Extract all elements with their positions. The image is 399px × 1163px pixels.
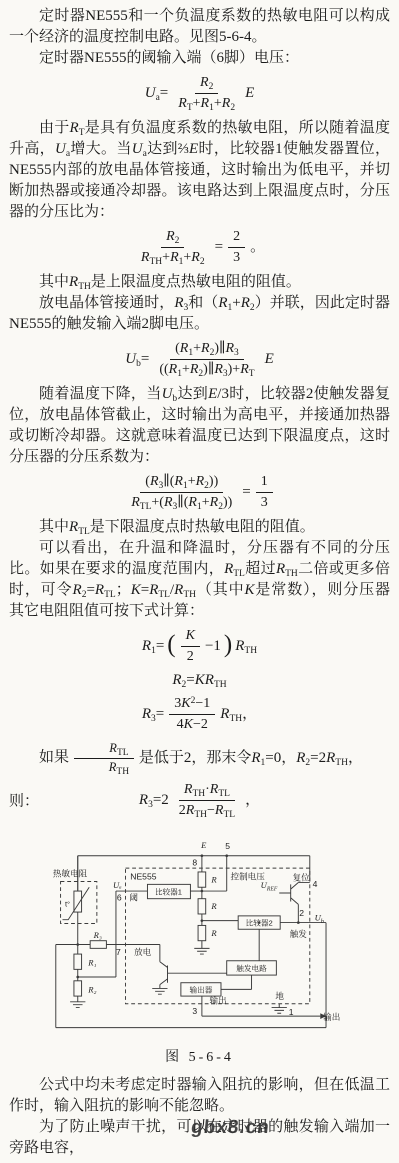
fraction-denominator: RTL+(R3∥(R1+R2)) xyxy=(126,493,237,512)
right-paren: ) xyxy=(224,634,232,657)
internal-resistor xyxy=(198,899,206,914)
trigger-to-output-wire xyxy=(221,975,252,989)
fraction-denominator: RT+R1+R2 xyxy=(173,94,240,113)
formula-lhs: R3=2 xyxy=(139,791,169,809)
formula-mid: −1 xyxy=(205,637,221,655)
r2-label: R₂ xyxy=(87,985,96,995)
internal-resistor-label: R xyxy=(210,928,217,938)
output-right-label: 输出 xyxy=(323,1011,340,1022)
formula-ua: Ua= R2 RT+R1+R2 E xyxy=(9,74,390,112)
formula-r1: R1= ( K 2 −1 ) RTH xyxy=(9,627,390,665)
inline-fraction: RTLRTH xyxy=(74,741,134,775)
fraction-numerator: K xyxy=(181,627,200,647)
fraction-numerator: 1 xyxy=(256,473,273,493)
pin8-label: 8 xyxy=(192,858,197,868)
formula-text: R2=KRTH xyxy=(172,671,226,689)
formula-lhs: Ub= xyxy=(125,350,149,368)
formula-lhs: R3= xyxy=(142,705,164,723)
paragraph-threshold-intro: 定时器NE555的阈输入端（6脚）电压： xyxy=(9,48,390,69)
divider-ground xyxy=(194,941,209,954)
equals-sign: = xyxy=(242,483,250,501)
formula-suffix: RTH xyxy=(235,637,257,655)
thermistor-label: 热敏电阻 xyxy=(53,868,88,879)
fraction: 2 3 xyxy=(228,228,245,266)
junction-dot xyxy=(258,921,261,924)
fraction: RTH·RTL 2RTH−RTL xyxy=(174,781,240,819)
ne555-label: NE555 xyxy=(130,872,156,882)
fraction-numerator: R2 xyxy=(195,74,218,94)
paragraph-impedance: 公式中均未考虑定时器输入阻抗的影响，但在低温工作时，输入阻抗的影响不能忽略。 xyxy=(9,1075,390,1117)
fraction: R2 RT+R1+R2 xyxy=(173,74,240,112)
text-segment: 是低于2，那末令R1=0，R2=2RTH， xyxy=(139,750,363,766)
fraction-denominator: 2RTH−RTL xyxy=(174,801,240,820)
junction-dot xyxy=(225,855,228,858)
formula-lhs: Ua= xyxy=(145,84,169,102)
formula-r3: R3= 3K2−1 4K−2 RTH， xyxy=(9,695,390,733)
fraction: K 2 xyxy=(181,627,200,665)
fraction-denominator: RTH+R1+R2 xyxy=(136,248,210,267)
junction-dot xyxy=(201,890,204,893)
reset-label: 复位 xyxy=(293,872,311,883)
output-pin-label: 输出 xyxy=(210,995,227,1006)
comparator1-label: 比较器1 xyxy=(155,887,182,897)
reset-transistor xyxy=(279,883,310,923)
pin1-label: 1 xyxy=(289,1007,294,1017)
r1-label: R₁ xyxy=(87,958,96,968)
fraction-numerator: RTH·RTL xyxy=(179,781,235,801)
junction-dot xyxy=(76,976,79,979)
formula-lhs: R1= xyxy=(142,637,164,655)
figure-caption: 图 5-6-4 xyxy=(9,1046,390,1066)
pin1-ground xyxy=(272,1004,287,1014)
fraction-numerator: 2 xyxy=(228,228,245,248)
supply-label: E xyxy=(200,840,207,850)
formula-r3-alt: R3=2 RTH·RTL 2RTH−RTL ， xyxy=(9,781,390,819)
formula-suffix: E xyxy=(265,350,274,368)
r3-label: R₃ xyxy=(93,930,102,940)
text-segment: 如果 xyxy=(39,750,69,766)
threshold-label: 阈 xyxy=(129,892,138,903)
resistor-r3 xyxy=(90,941,106,949)
internal-resistor-label: R xyxy=(210,875,217,885)
formula-lower-ratio: (R3∥(R1+R2)) RTL+(R3∥(R1+R2)) = 1 3 xyxy=(9,473,390,511)
formula-r2: R2=KRTH xyxy=(9,671,390,689)
pin7-label: 7 xyxy=(116,947,121,957)
circuit-figure: 热敏电阻 t° R₃ R₁ R₂ NE555 E 5 8 控制电压 R xyxy=(9,827,390,1042)
fraction-denominator: RTH xyxy=(74,759,134,776)
ua-label: Uₐ xyxy=(113,880,122,890)
paragraph-low-ratio: 如果 RTLRTH 是低于2，那末令R1=0，R2=2RTH， xyxy=(9,741,390,775)
fraction-denominator: ((R1+R2)∥R3)+RT xyxy=(154,360,259,379)
fraction-denominator: 3 xyxy=(256,493,273,512)
pin2-label: 2 xyxy=(299,908,304,918)
pin5-label: 5 xyxy=(225,841,230,851)
discharge-label: 放电 xyxy=(134,946,152,957)
internal-resistor-label: R xyxy=(210,901,217,911)
trigger-label: 触发 xyxy=(290,928,308,939)
fraction: (R3∥(R1+R2)) RTL+(R3∥(R1+R2)) xyxy=(126,473,237,511)
fraction: R2 RTH+R1+R2 xyxy=(136,228,210,266)
paragraph-design: 可以看出，在升温和降温时，分压器有不同的分压比。如果在要求的温度范围内，RTL超… xyxy=(9,538,390,622)
fraction-numerator: (R1+R2)∥R3 xyxy=(170,340,244,360)
ne555-schematic: 热敏电阻 t° R₃ R₁ R₂ NE555 E 5 8 控制电压 R xyxy=(9,827,390,1042)
pin3-label: 3 xyxy=(192,1006,197,1016)
fraction-numerator: (R3∥(R1+R2)) xyxy=(140,473,223,493)
fraction-numerator: RTL xyxy=(74,741,133,759)
document-page: 定时器NE555和一个负温度系数的热敏电阻可以构成一个经济的温度控制电路。见图5… xyxy=(0,0,399,1163)
equals-sign: = xyxy=(215,238,223,256)
resistor-r1 xyxy=(74,954,82,969)
ub-label: Ub xyxy=(315,913,324,925)
fraction-denominator: 2 xyxy=(182,647,199,666)
formula-suffix: ， xyxy=(245,791,260,809)
thermistor-t-mark: t° xyxy=(65,900,70,909)
internal-resistor xyxy=(198,872,206,887)
internal-resistor xyxy=(198,926,206,941)
junction-dot xyxy=(76,943,79,946)
formula-suffix: 。 xyxy=(250,238,265,256)
paragraph-cooling: 随着温度下降，当Ub达到E/3时，比较器2使触发器复位，放电晶体管截止，这时输出… xyxy=(9,384,390,468)
junction-dot xyxy=(201,920,204,923)
paragraph-noise: 为了防止噪声干扰，可以在定时器的触发输入端加一旁路电容， xyxy=(9,1117,390,1159)
paragraph-rtl-note: 其中RTL是下限温度点时热敏电阻的阻值。 xyxy=(9,517,390,538)
formula-suffix: RTH， xyxy=(220,705,257,723)
ground-symbol xyxy=(70,1002,85,1008)
left-paren: ( xyxy=(167,634,175,657)
ground-label: 地 xyxy=(275,990,284,1001)
then-formula-row: 则： R3=2 RTH·RTL 2RTH−RTL ， xyxy=(9,781,390,819)
pin6-label: 6 xyxy=(117,893,122,903)
junction-dot xyxy=(201,855,204,858)
formula-upper-ratio: R2 RTH+R1+R2 = 2 3 。 xyxy=(9,228,390,266)
fraction-denominator: 4K−2 xyxy=(172,715,213,734)
paragraph-discharge: 放电晶体管接通时，R3和（R1+R2）并联，因此定时器NE555的触发输入端2脚… xyxy=(9,293,390,335)
fraction-numerator: 3K2−1 xyxy=(169,695,215,715)
fraction: 1 3 xyxy=(256,473,273,511)
paragraph-noise-wrap: 为了防止噪声干扰，可以在定时器的触发输入端加一旁路电容， gbx8.cn xyxy=(9,1117,390,1159)
fraction: 3K2−1 4K−2 xyxy=(169,695,215,733)
pin4-label: 4 xyxy=(313,879,318,889)
fraction: (R1+R2)∥R3 ((R1+R2)∥R3)+RT xyxy=(154,340,259,378)
output-stage-label: 输出器 xyxy=(189,985,212,995)
fraction-denominator: 3 xyxy=(228,248,245,267)
trigger-circuit-label: 触发电路 xyxy=(236,963,267,973)
junction-dot xyxy=(297,921,300,924)
formula-ub: Ub= (R1+R2)∥R3 ((R1+R2)∥R3)+RT E xyxy=(9,340,390,378)
fraction-numerator: R2 xyxy=(161,228,184,248)
resistor-r2 xyxy=(74,981,82,996)
formula-suffix: E xyxy=(245,84,254,102)
uref-label: UREF xyxy=(261,880,278,892)
paragraph-rth-note: 其中RTH是上限温度点热敏电阻的阻值。 xyxy=(9,272,390,293)
then-label: 则： xyxy=(9,790,39,811)
paragraph-heating: 由于RT是具有负温度系数的热敏电阻，所以随着温度升高，Ua增大。当Ua达到⅔E时… xyxy=(9,118,390,223)
paragraph-intro: 定时器NE555和一个负温度系数的热敏电阻可以构成一个经济的温度控制电路。见图5… xyxy=(9,6,390,48)
